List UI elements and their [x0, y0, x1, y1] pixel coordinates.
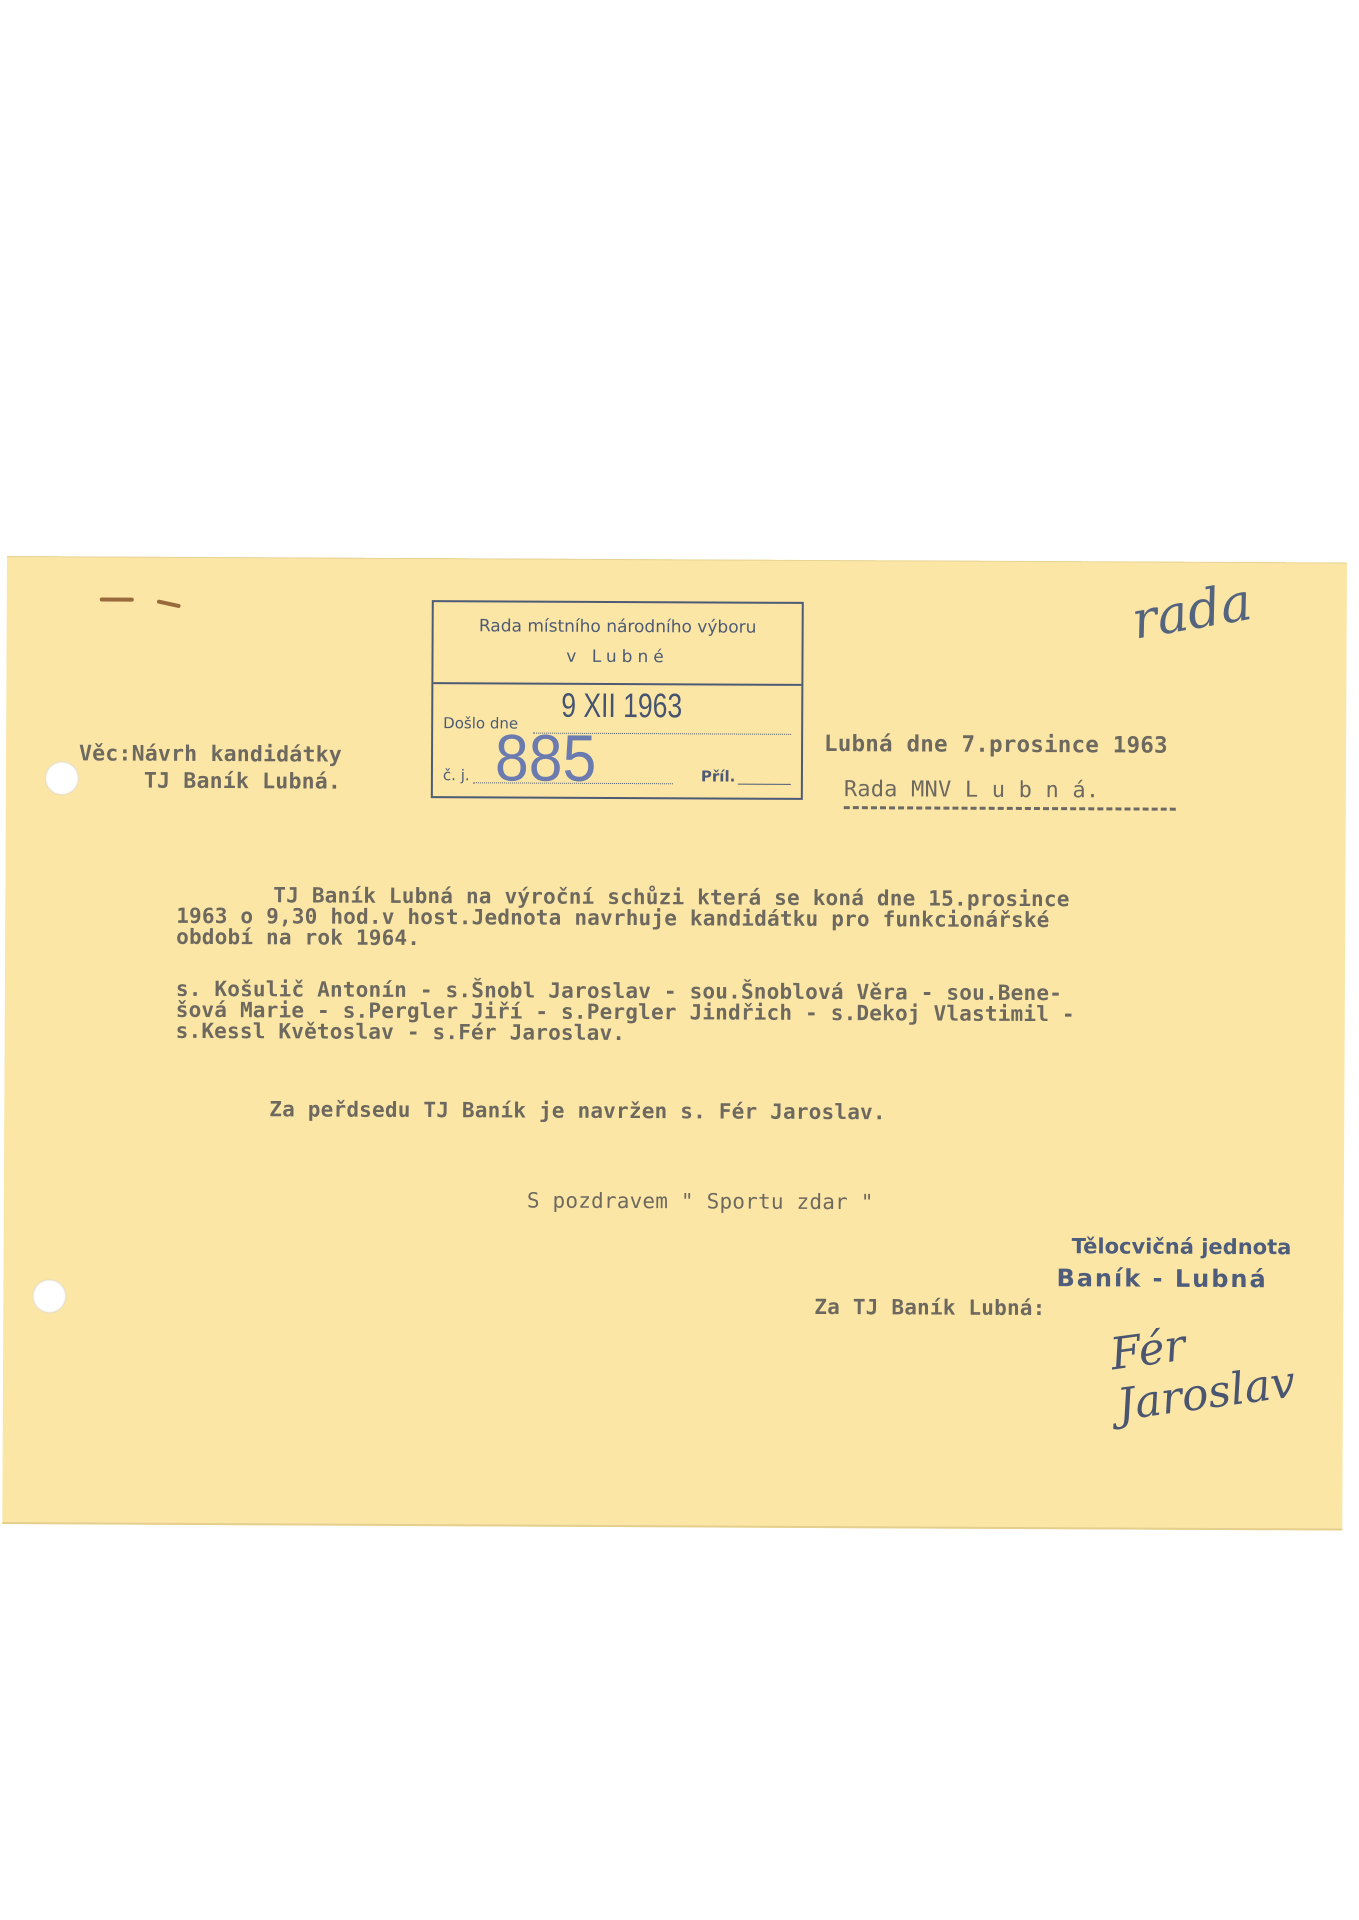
stamp-ref-label: č. j. [443, 766, 470, 784]
stamp-authority-name: Rada místního národního výboru [434, 616, 802, 638]
place-date: Lubná dne 7.prosince 1963 [824, 731, 1168, 759]
candidates-line: s.Kessl Květoslav - s.Fér Jaroslav. [176, 1019, 626, 1045]
addressee-underline [844, 806, 1176, 811]
signature-label: Za TJ Baník Lubná: [814, 1295, 1045, 1320]
stamp-attachments-line [738, 784, 791, 785]
registry-stamp: Rada místního národního výboru v Lubné D… [431, 600, 804, 800]
document-paper: Rada místního národního výboru v Lubné D… [2, 556, 1347, 1531]
handwritten-signature: Fér Jaroslav [1107, 1299, 1349, 1431]
subject-line-2: TJ Baník Lubná. [144, 769, 341, 795]
addressee: Rada MNV L u b n á. [844, 777, 1100, 803]
organization-stamp-line-1: Tělocvičná jednota [1072, 1234, 1292, 1259]
stamp-authority-place: v Lubné [433, 646, 801, 668]
handwritten-note: rada [1128, 572, 1257, 651]
chairman-line: Za peřdsedu TJ Baník je navržen s. Fér J… [269, 1097, 886, 1124]
greeting: S pozdravem " Sportu zdar " [527, 1189, 874, 1215]
stamp-ref-number: 885 [495, 724, 597, 790]
subject-line-1: Věc:Návrh kandidátky [79, 741, 342, 767]
body-line: období na rok 1964. [176, 925, 420, 950]
punch-hole [32, 1279, 66, 1313]
punch-hole [45, 761, 79, 795]
organization-stamp-line-2: Baník - Lubná [1056, 1264, 1267, 1293]
ink-smudge [100, 597, 134, 601]
stamp-divider [433, 682, 801, 686]
stamp-attachments-label: Příl. [701, 767, 735, 785]
ink-smudge [157, 599, 181, 608]
